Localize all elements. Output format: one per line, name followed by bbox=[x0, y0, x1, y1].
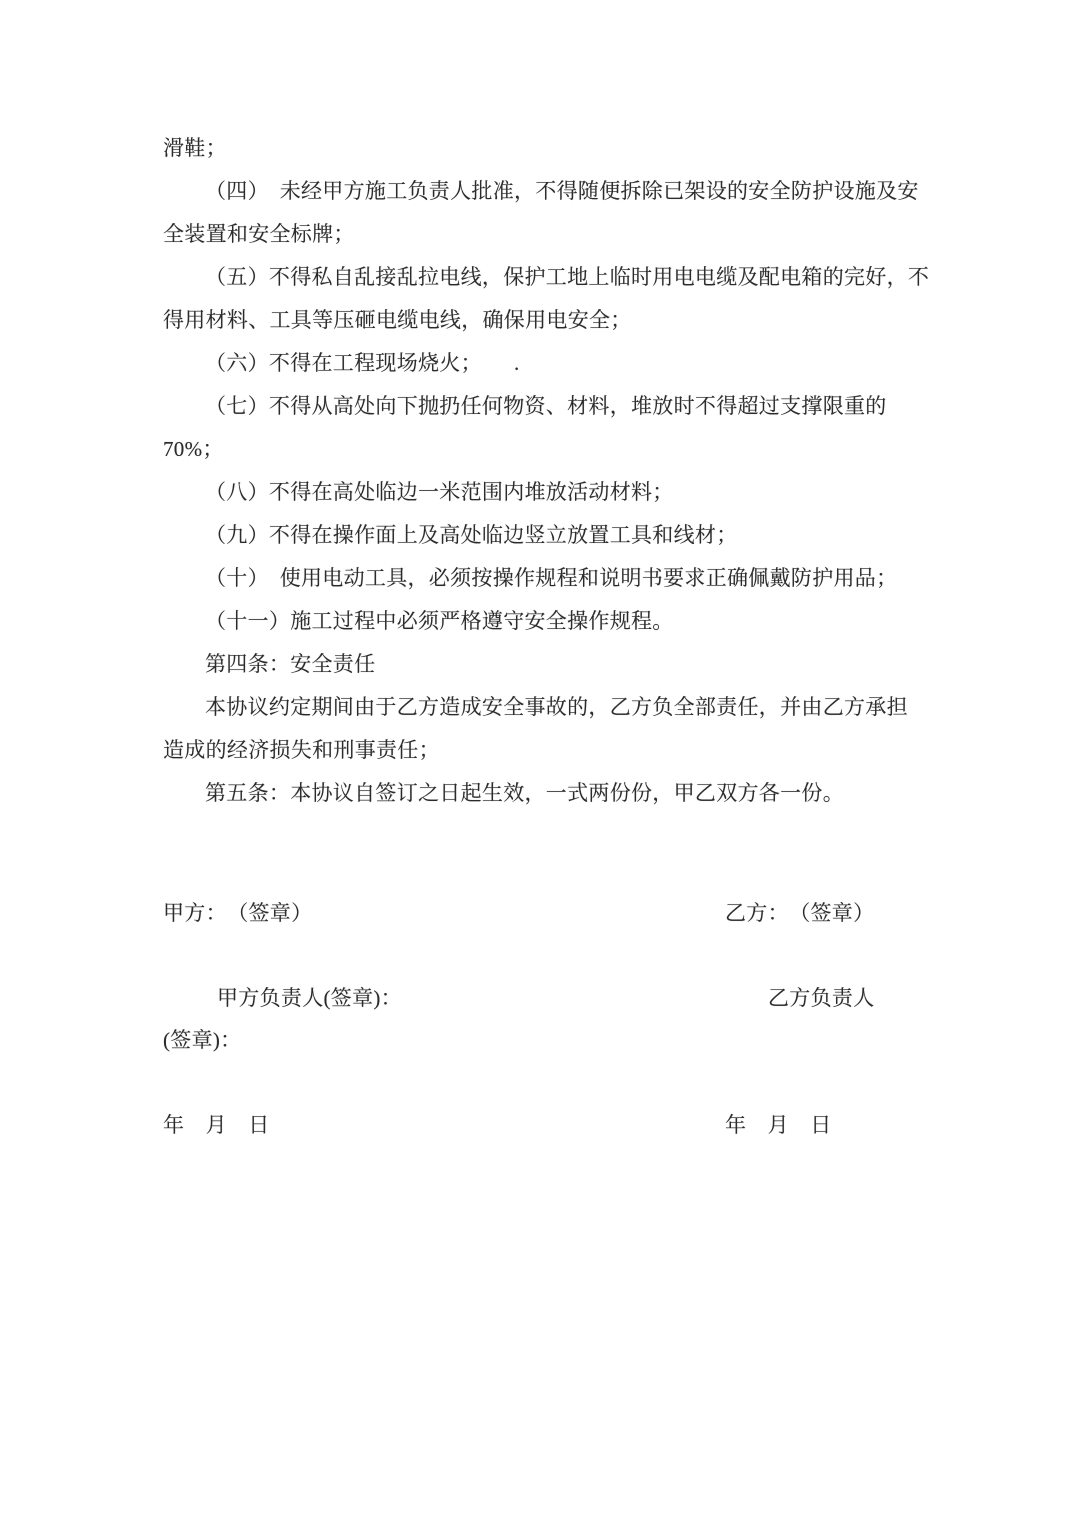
party-a-date-line: 年 月 日 bbox=[163, 1104, 270, 1147]
body-line: 本协议约定期间由于乙方造成安全事故的，乙方负全部责任，并由乙方承担 bbox=[163, 686, 933, 729]
party-b-date-line: 年 月 日 bbox=[725, 1104, 832, 1147]
body-line: 第四条：安全责任 bbox=[163, 643, 933, 686]
document-body: 滑鞋； （四） 未经甲方施工负责人批准，不得随便拆除已架设的安全防护设施及安 全… bbox=[163, 127, 933, 815]
party-a-responsible-label: 甲方负责人(签章)： bbox=[217, 977, 402, 1020]
body-line: （六）不得在工程现场烧火； . bbox=[163, 342, 933, 385]
body-line: （九）不得在操作面上及高处临边竖立放置工具和线材； bbox=[163, 514, 933, 557]
body-line: 70%； bbox=[163, 428, 933, 471]
body-line: 得用材料、工具等压砸电缆电线，确保用电安全； bbox=[163, 299, 933, 342]
body-line: （十） 使用电动工具，必须按操作规程和说明书要求正确佩戴防护用品； bbox=[163, 557, 933, 600]
body-line: （八）不得在高处临边一米范围内堆放活动材料； bbox=[163, 471, 933, 514]
body-line: 第五条：本协议自签订之日起生效，一式两份份，甲乙双方各一份。 bbox=[163, 772, 933, 815]
party-b-seal-label: 乙方： （签章） bbox=[725, 892, 874, 935]
body-line: （五）不得私自乱接乱拉电线，保护工地上临时用电电缆及配电箱的完好，不 bbox=[163, 256, 933, 299]
party-a-seal-label: 甲方： （签章） bbox=[163, 892, 312, 935]
body-line: （十一）施工过程中必须严格遵守安全操作规程。 bbox=[163, 600, 933, 643]
body-line: （四） 未经甲方施工负责人批准，不得随便拆除已架设的安全防护设施及安 bbox=[163, 170, 933, 213]
party-b-seal-continuation-label: (签章)： bbox=[163, 1019, 242, 1062]
body-line: （七）不得从高处向下抛扔任何物资、材料，堆放时不得超过支撑限重的 bbox=[163, 385, 933, 428]
document-page: 滑鞋； （四） 未经甲方施工负责人批准，不得随便拆除已架设的安全防护设施及安 全… bbox=[0, 0, 1080, 1526]
body-line: 全装置和安全标牌； bbox=[163, 213, 933, 256]
party-b-responsible-label: 乙方负责人 bbox=[768, 977, 875, 1020]
body-line: 造成的经济损失和刑事责任； bbox=[163, 729, 933, 772]
signature-row-seal-continuation: (签章)： bbox=[163, 1019, 933, 1062]
signature-row-dates: 年 月 日 年 月 日 bbox=[163, 1104, 933, 1147]
signature-row-parties: 甲方： （签章） 乙方： （签章） bbox=[163, 892, 933, 935]
signature-row-responsibles: 甲方负责人(签章)： 乙方负责人 bbox=[163, 977, 933, 1020]
body-line: 滑鞋； bbox=[163, 127, 933, 170]
